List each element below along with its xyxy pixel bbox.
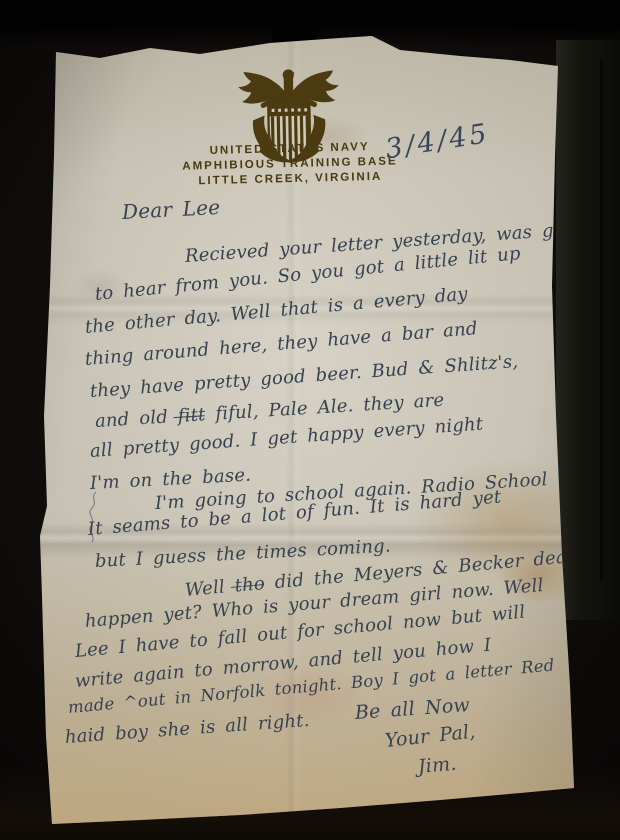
photo-background: UNITED STATES NAVY AMPHIBIOUS TRAINING B…: [0, 0, 620, 840]
margin-scribble-mark: [82, 488, 108, 544]
closing-line: Be all Now: [354, 694, 470, 724]
closing-line: Your Pal,: [384, 721, 477, 752]
background-seam: [600, 60, 603, 580]
background-surface-right: [556, 40, 620, 620]
salutation: Dear Lee: [121, 195, 220, 224]
letter-paper: UNITED STATES NAVY AMPHIBIOUS TRAINING B…: [40, 36, 580, 828]
letter-line: haid boy she is all right.: [64, 710, 310, 748]
signature: Jim.: [417, 753, 457, 778]
